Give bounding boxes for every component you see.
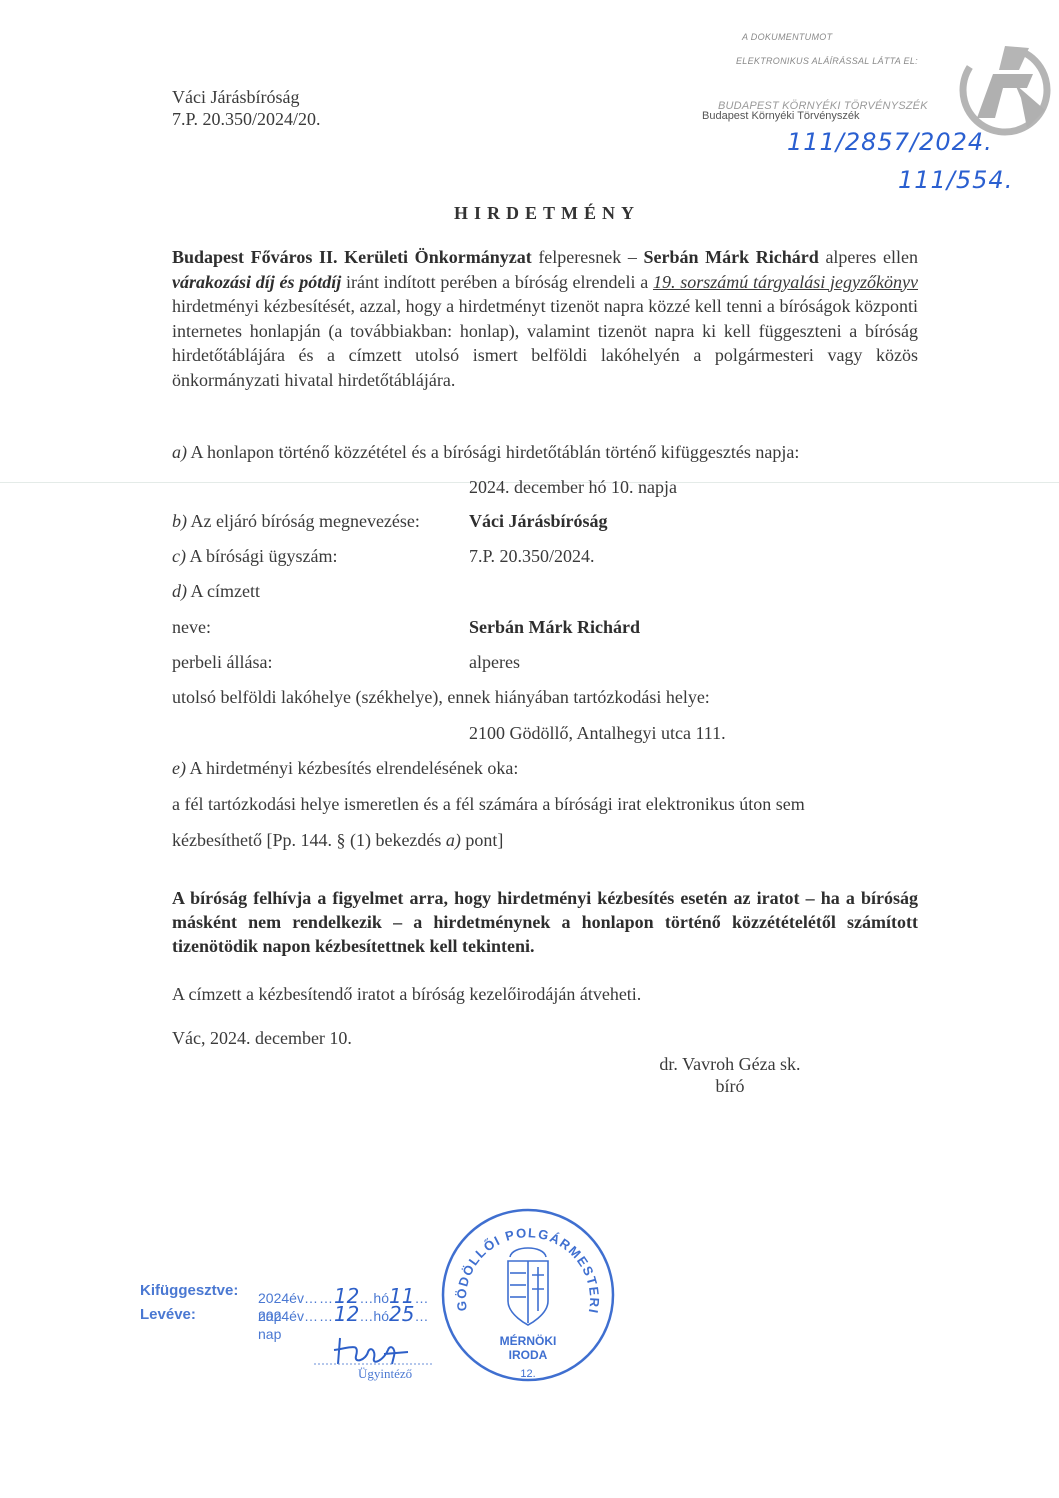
field-d-label: A címzett: [187, 581, 260, 601]
field-e-label: A hirdetményi kézbesítés elrendelésének …: [186, 758, 518, 778]
signature-name: dr. Vavroh Géza sk.: [640, 1053, 820, 1075]
svg-text:IRODA: IRODA: [509, 1348, 548, 1362]
field-b-value: Váci Járásbíróság: [469, 510, 608, 532]
clerk-signature-icon: [310, 1330, 450, 1370]
recipient-role-value: alperes: [469, 651, 520, 673]
document-title: HIRDETMÉNY: [454, 203, 640, 224]
field-b: b) Az eljáró bíróság megnevezése:: [172, 510, 420, 532]
field-b-marker: b): [172, 511, 187, 531]
plaintiff-name: Budapest Főváros II. Kerületi Önkormányz…: [172, 247, 532, 267]
office-seal-icon: GÖDÖLLŐI POLGÁRMESTERI HIVATAL MÉRNÖKI I…: [438, 1205, 618, 1385]
removed-nap: nap: [258, 1326, 281, 1342]
field-d-marker: d): [172, 581, 187, 601]
clerk-label: Ügyintéző: [358, 1366, 412, 1382]
field-e: e) A hirdetményi kézbesítés elrendelésén…: [172, 757, 518, 779]
field-c-marker: c): [172, 546, 186, 566]
field-c: c) A bírósági ügyszám:: [172, 545, 337, 567]
removed-label: Levéve:: [140, 1306, 196, 1323]
issuer-court: Váci Járásbíróság: [172, 86, 299, 108]
defendant-name: Serbán Márk Richárd: [644, 247, 819, 267]
esign-court-name: Budapest Környéki Törvényszék: [702, 110, 860, 122]
field-e-marker: e): [172, 758, 186, 778]
field-a-marker: a): [172, 442, 187, 462]
field-b-label: Az eljáró bíróság megnevezése:: [187, 511, 420, 531]
recipient-role-label: perbeli állása:: [172, 651, 272, 673]
recipient-name-label: neve:: [172, 616, 211, 638]
removed-ev: év: [289, 1308, 304, 1324]
removed-year: 2024: [258, 1308, 289, 1324]
field-a-label: A honlapon történő közzététel és a bírós…: [187, 442, 799, 462]
svg-text:MÉRNÖKI: MÉRNÖKI: [500, 1333, 557, 1348]
removed-month: 12: [334, 1302, 359, 1326]
service-reason-text: kézbesíthető [Pp. 144. § (1) bekezdés: [172, 830, 446, 850]
service-reason-point: a): [446, 830, 461, 850]
esign-stamp-line2: ELEKTRONIKUS ALÁÍRÁSSAL LÁTTA EL:: [736, 56, 918, 66]
recipient-name-value: Serbán Márk Richárd: [469, 616, 640, 638]
intro-text-3: iránt indított perében a bíróság elrende…: [341, 272, 653, 292]
removed-day: 25: [389, 1302, 414, 1326]
svg-text:12.: 12.: [520, 1368, 535, 1380]
served-document: 19. sorszámú tárgyalási jegyzőkönyv: [653, 272, 918, 292]
intro-text-1: felperesnek –: [532, 247, 644, 267]
intro-text-4: hirdetményi kézbesítését, azzal, hogy a …: [172, 296, 918, 390]
recipient-address-label: utolsó belföldi lakóhelye (székhelye), e…: [172, 686, 710, 708]
service-reason-line1: a fél tartózkodási helye ismeretlen és a…: [172, 793, 918, 815]
signature-role: bíró: [640, 1075, 820, 1097]
notice-paragraph: A bíróság felhívja a figyelmet arra, hog…: [172, 886, 918, 958]
field-a: a) A honlapon történő közzététel és a bí…: [172, 441, 799, 463]
handwritten-ref-1: 111/2857/2024.: [787, 128, 993, 156]
place-date: Vác, 2024. december 10.: [172, 1027, 352, 1049]
removed-ho: hó: [373, 1308, 389, 1324]
court-logo-icon: [955, 40, 1055, 140]
intro-text-2: alperes ellen: [825, 247, 918, 267]
claim-subject: várakozási díj és pótdíj: [172, 272, 341, 292]
field-d: d) A címzett: [172, 580, 260, 602]
handwritten-ref-2: 111/554.: [898, 166, 1013, 194]
posting-stamp: Kifüggesztve: 2024év……12…hó11…nap Levéve…: [140, 1260, 440, 1380]
issuer-case-ref: 7.P. 20.350/2024/20.: [172, 108, 321, 130]
esign-stamp-line1: A DOKUMENTUMOT: [742, 32, 832, 42]
pickup-note: A címzett a kézbesítendő iratot a bírósá…: [172, 983, 641, 1005]
service-reason-end: pont]: [461, 830, 504, 850]
office-seal: GÖDÖLLŐI POLGÁRMESTERI HIVATAL MÉRNÖKI I…: [438, 1205, 618, 1385]
field-c-value: 7.P. 20.350/2024.: [469, 545, 595, 567]
intro-paragraph: Budapest Főváros II. Kerületi Önkormányz…: [172, 245, 918, 392]
field-a-value: 2024. december hó 10. napja: [469, 476, 677, 498]
posted-label: Kifüggesztve:: [140, 1282, 238, 1299]
field-c-label: A bírósági ügyszám:: [186, 546, 338, 566]
recipient-address-value: 2100 Gödöllő, Antalhegyi utca 111.: [469, 722, 726, 744]
service-reason-line2: kézbesíthető [Pp. 144. § (1) bekezdés a)…: [172, 829, 503, 851]
